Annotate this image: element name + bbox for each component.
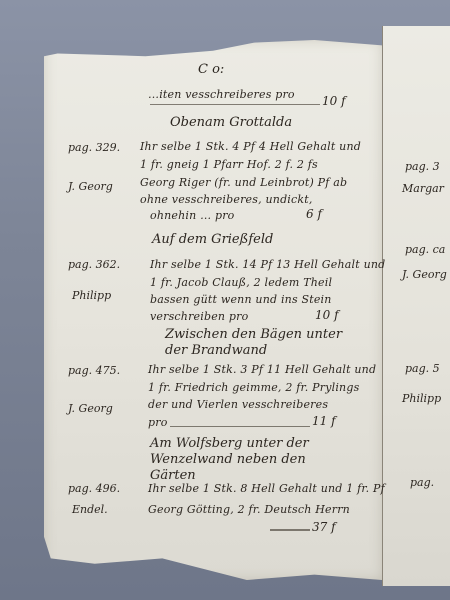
entry-heading: Am Wolfsberg unter der Wenzelwand neben … <box>150 436 350 484</box>
header-mark: C o: <box>198 62 224 77</box>
entry-heading: Auf dem Grießfeld <box>152 232 273 247</box>
entry-line: 1 fr. Friedrich geimme, 2 fr. Prylings <box>148 381 359 394</box>
facing-margin-note: Margar <box>402 182 444 195</box>
facing-margin-note: pag. 5 <box>405 362 440 375</box>
entry-line: bassen gütt wenn und ins Stein <box>150 293 332 306</box>
entry-amount: 6 f <box>306 207 322 221</box>
entry-margin-name: Endel. <box>72 503 108 516</box>
entry-margin-name: J. Georg <box>68 402 113 415</box>
entry-line: Ihr selbe 1 Stk. 8 Hell Gehalt und 1 fr.… <box>148 482 385 495</box>
entry-line: Georg Riger (fr. und Leinbrot) Pf ab <box>140 176 347 189</box>
entry-line: Ihr selbe 1 Stk. 3 Pf 11 Hell Gehalt und <box>148 363 376 376</box>
entry-line: Georg Götting, 2 fr. Deutsch Herrn <box>148 503 350 516</box>
facing-margin-note: Philipp <box>402 392 441 405</box>
entry-amount: 11 f <box>312 414 336 428</box>
carryover-amount: 10 f <box>322 94 346 108</box>
entry-line: 1 fr. gneig 1 Pfarr Hof. 2 f. 2 fs <box>140 158 318 171</box>
entry-heading: Obenam Grottalda <box>170 115 292 130</box>
entry-margin-name: J. Georg <box>68 180 113 193</box>
manuscript-right-page <box>382 26 450 586</box>
entry-line: 1 fr. Jacob Clauß, 2 ledem Theil <box>150 276 332 289</box>
entry-line: Ihr selbe 1 Stk. 14 Pf 13 Hell Gehalt un… <box>150 258 385 271</box>
entry-heading: Zwischen den Bägen unter der Brandwand <box>165 327 365 359</box>
carryover-line: …iten vesschreiberes pro <box>148 88 295 101</box>
entry-margin-name: Philipp <box>72 289 111 302</box>
facing-margin-note: J. Georg <box>402 268 447 281</box>
entry-margin-ref: pag. 475. <box>68 364 120 377</box>
entry-line: Ihr selbe 1 Stk. 4 Pf 4 Hell Gehalt und <box>140 140 361 153</box>
entry-line: ohnehin … pro <box>150 209 235 222</box>
entry-margin-ref: pag. 496. <box>68 482 120 495</box>
entry-margin-ref: pag. 329. <box>68 141 120 154</box>
facing-margin-note: pag. <box>410 476 434 489</box>
entry-line: der und Vierlen vesschreiberes <box>148 398 328 411</box>
entry-amount: 37 f <box>312 520 336 534</box>
facing-margin-note: pag. 3 <box>405 160 440 173</box>
facing-margin-note: pag. ca <box>405 243 445 256</box>
entry-line: pro <box>148 416 168 429</box>
entry-line: ohne vesschreiberes, undickt, <box>140 193 313 206</box>
entry-line: verschreiben pro <box>150 310 248 323</box>
entry-amount: 10 f <box>315 308 339 322</box>
entry-margin-ref: pag. 362. <box>68 258 120 271</box>
